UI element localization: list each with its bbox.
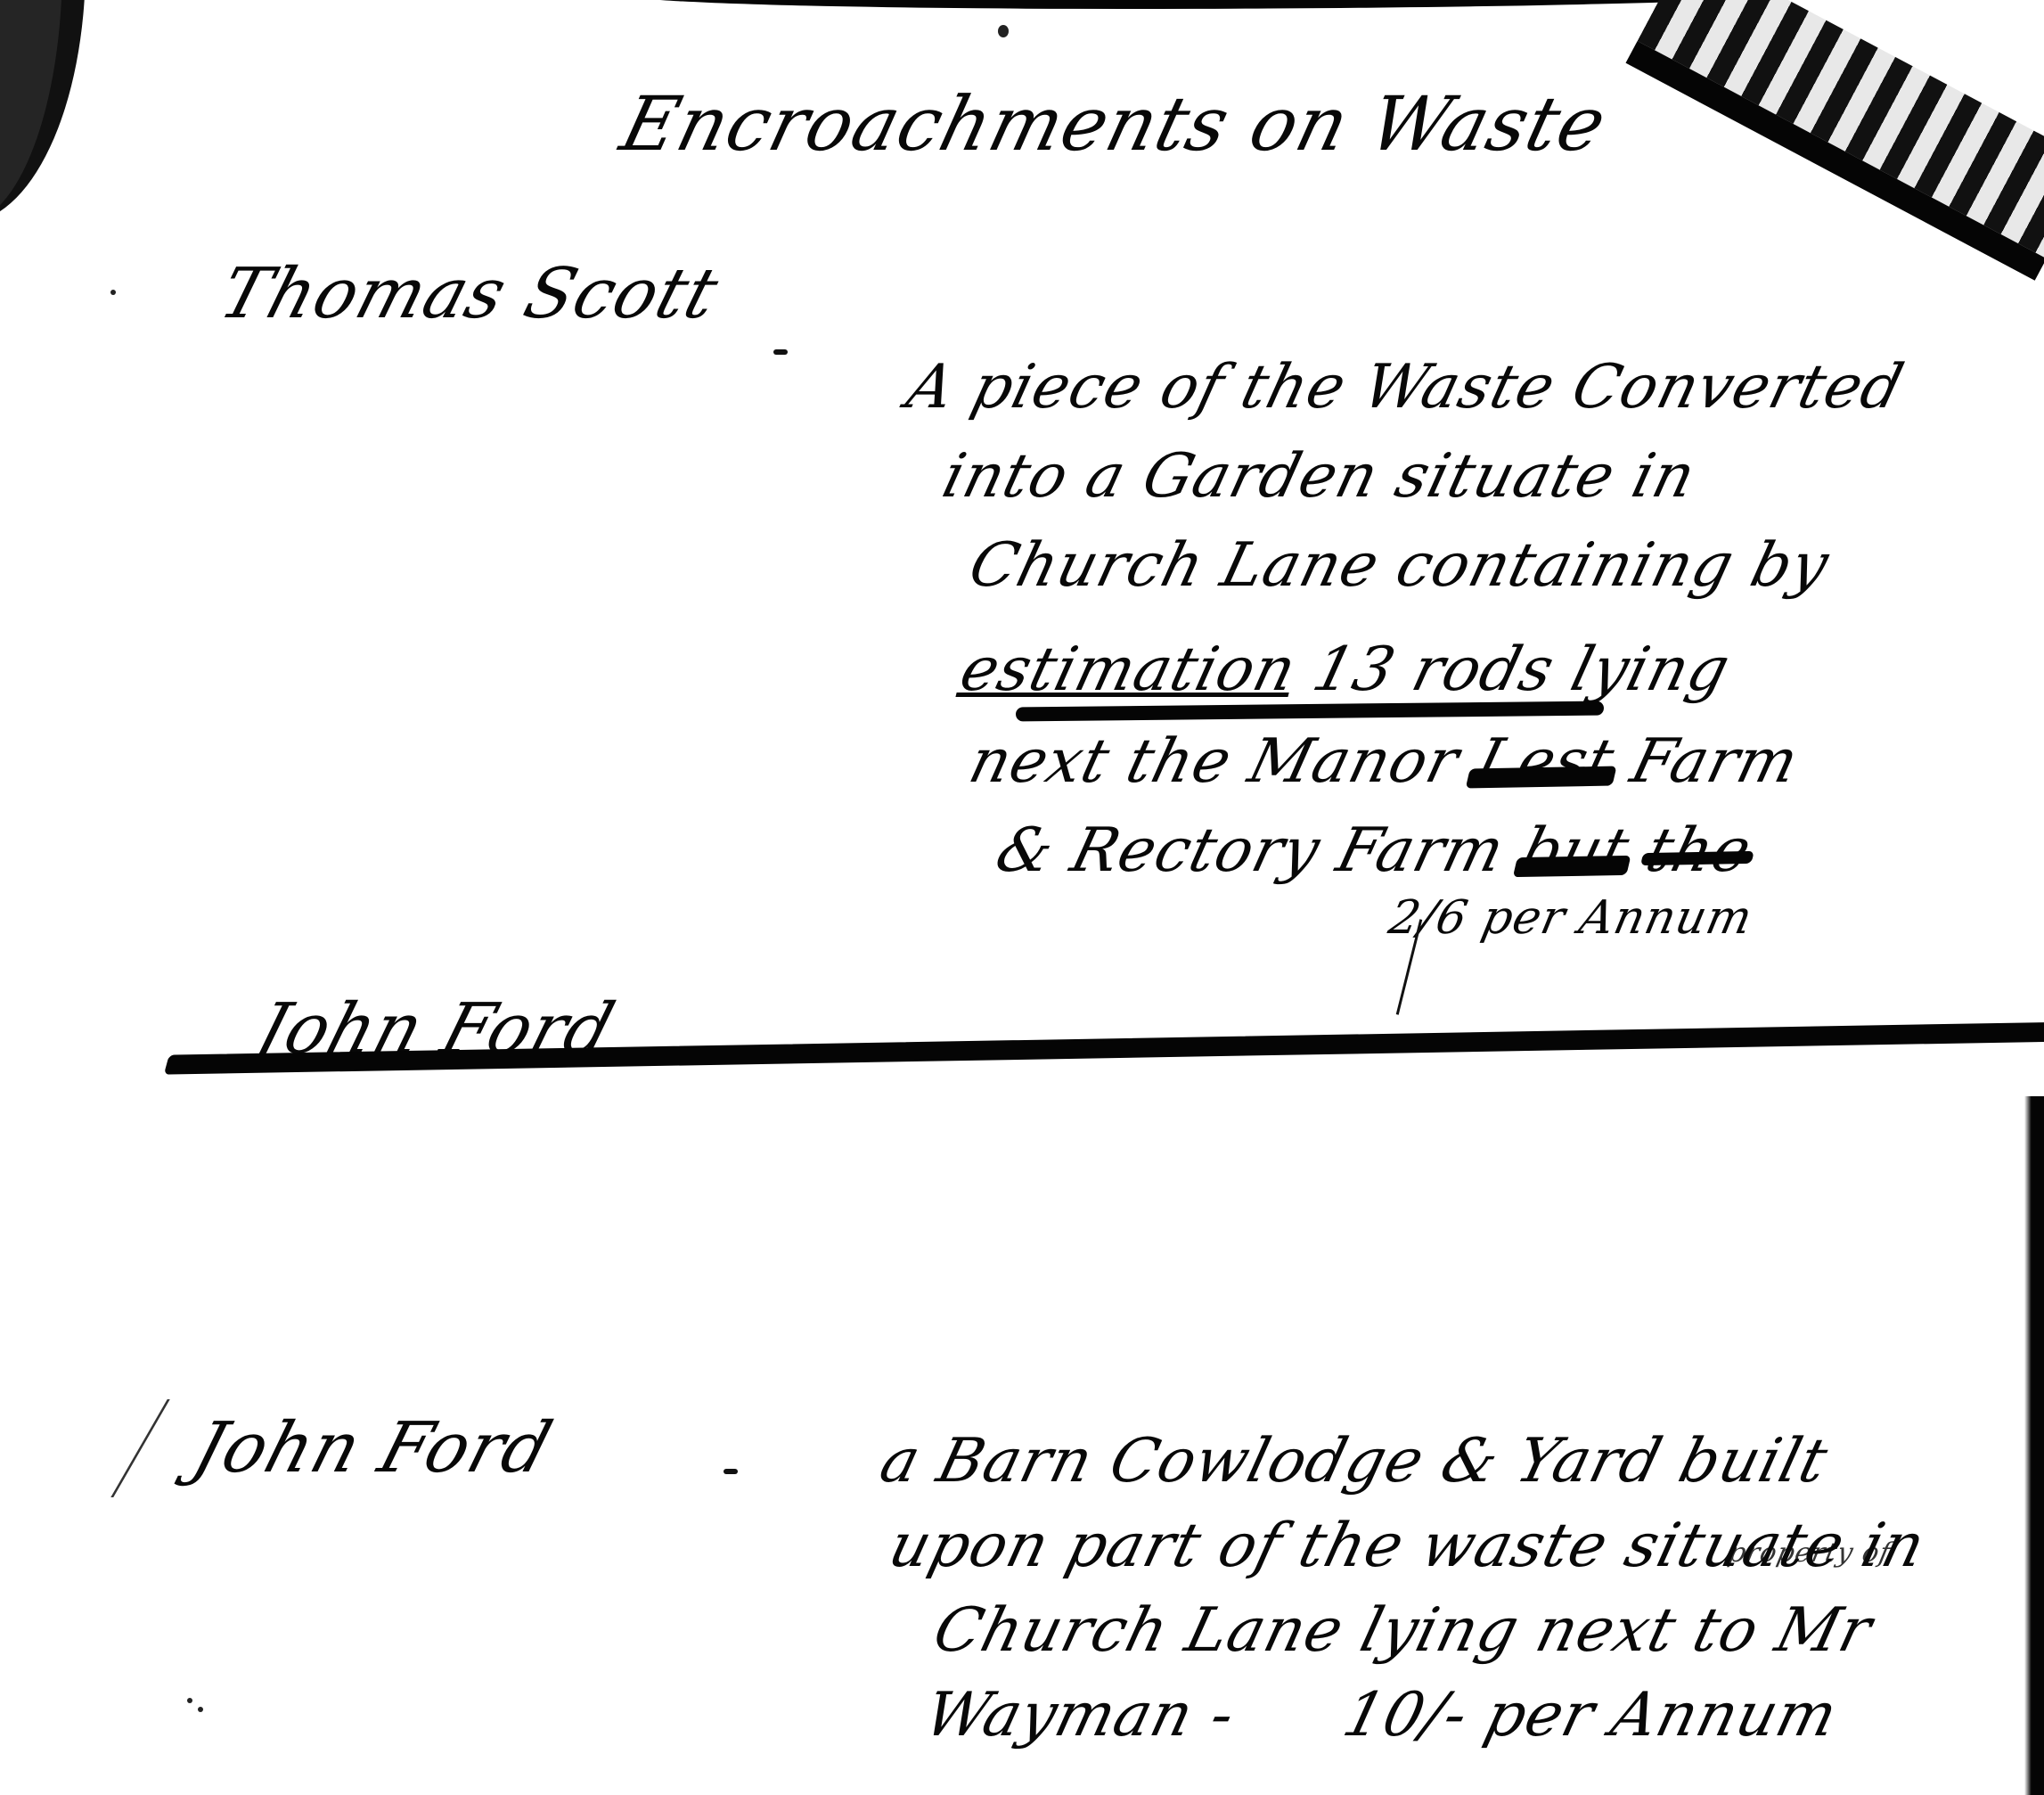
area-text: 13 rods lying bbox=[1306, 635, 1737, 705]
wayman-text: Wayman bbox=[918, 1680, 1200, 1750]
entry-1-line-5: next the Manor Lest Farm bbox=[962, 726, 1805, 797]
entry-3-dash bbox=[724, 1469, 738, 1474]
entry-1-line-4: estimation 13 rods lying bbox=[953, 635, 1737, 705]
entry-3-line-2: upon part of the waste situate in bbox=[882, 1511, 1932, 1581]
struck-word-but: but bbox=[1514, 816, 1636, 886]
scan-edge-left bbox=[0, 0, 86, 223]
ink-speck bbox=[110, 290, 116, 295]
entry-1-line-2: into a Garden situate in bbox=[936, 441, 1703, 512]
estimation-text: estimation bbox=[953, 635, 1304, 705]
page-title: Encroachments on Waste bbox=[613, 80, 1615, 168]
entry-3-line-1: a Barn Cowlodge & Yard built bbox=[873, 1426, 1835, 1496]
entry-3-rent: 10/- per Annum bbox=[1337, 1680, 1845, 1750]
line-6-text: & Rectory Farm bbox=[989, 816, 1511, 886]
struck-word-the: the bbox=[1639, 816, 1759, 886]
entry-1-name: Thomas Scott bbox=[211, 254, 727, 334]
entry-1-dash bbox=[773, 349, 788, 355]
scan-edge-corner-tape bbox=[1626, 0, 2044, 281]
entry-1-line-1: A piece of the Waste Converted bbox=[900, 352, 1910, 422]
entry-1-rent: 2/6 per Annum bbox=[1385, 891, 1758, 945]
entry-3-line-3: Church Lane lying next to Mr bbox=[927, 1595, 1879, 1666]
entry-2-name-struck: John Ford bbox=[247, 989, 2044, 1070]
manuscript-page: Encroachments on Waste Thomas Scott A pi… bbox=[0, 0, 2044, 1795]
entry-1-line-6: & Rectory Farm but the bbox=[989, 816, 1759, 886]
ink-spot bbox=[998, 25, 1009, 37]
farm-text: Farm bbox=[1624, 726, 1806, 797]
checkmark-icon bbox=[48, 1399, 170, 1497]
entry-3-name: John Ford bbox=[184, 1408, 560, 1488]
line-5-text: next the Manor bbox=[962, 726, 1466, 797]
ink-speck bbox=[198, 1707, 203, 1712]
entry-3-line-4: Wayman - 10/- per Annum bbox=[918, 1680, 1844, 1750]
ink-speck bbox=[187, 1698, 192, 1703]
entry-1-line-3: Church Lane containing by bbox=[962, 530, 1836, 601]
scan-edge-right bbox=[2024, 1096, 2044, 1795]
line-4-dash: - bbox=[1204, 1680, 1243, 1750]
struck-word: Lest bbox=[1468, 726, 1621, 797]
